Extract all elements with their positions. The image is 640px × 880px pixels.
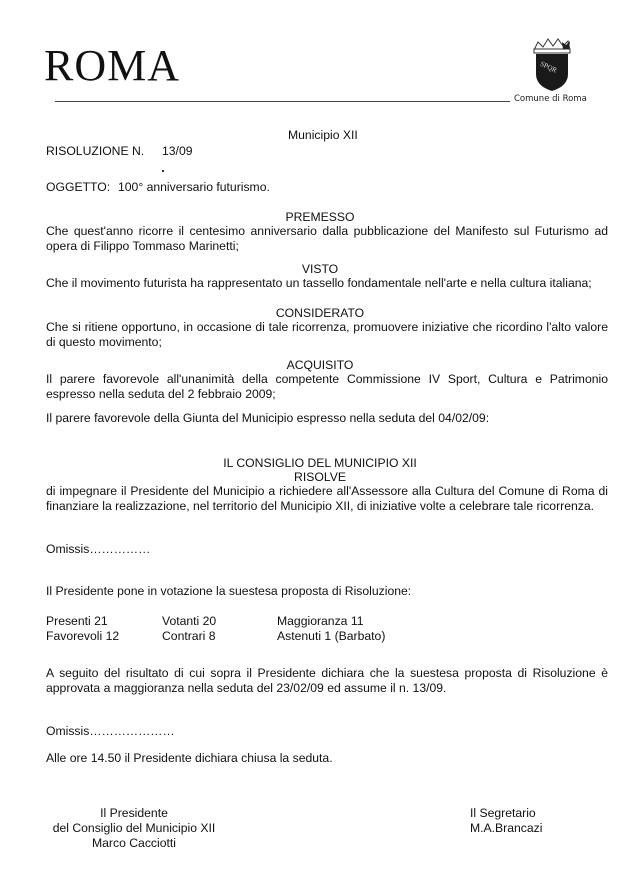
consiglio-heading: IL CONSIGLIO DEL MUNICIPIO XII — [0, 456, 640, 471]
chiusura-text: Alle ore 14.50 il Presidente dichiara ch… — [46, 751, 333, 766]
oggetto-text: 100° anniversario futurismo. — [118, 180, 270, 195]
considerato-text: Che si ritiene opportuno, in occasione d… — [46, 320, 608, 350]
header-rule — [55, 101, 510, 102]
sig-role: del Consiglio del Municipio XII — [34, 821, 234, 836]
omissis-1: Omissis…………… — [46, 542, 150, 557]
acquisito-heading: ACQUISITO — [0, 358, 640, 373]
votes-table: Presenti 21 Votanti 20 Maggioranza 11 Fa… — [46, 614, 446, 644]
esito-text: A seguito del risultato di cui sopra il … — [46, 666, 608, 696]
visto-heading: VISTO — [0, 262, 640, 277]
oggetto-label: OGGETTO: — [46, 180, 110, 195]
sig-name: M.A.Brancazi — [470, 821, 542, 836]
votes-row: Favorevoli 12 Contrari 8 Astenuti 1 (Bar… — [46, 629, 446, 644]
signature-presidente: Il Presidente del Consiglio del Municipi… — [34, 806, 234, 851]
municipio-label: Municipio XII — [288, 128, 358, 143]
acquisito-text: Il parere favorevole all'unanimità della… — [46, 372, 608, 402]
premesso-text: Che quest'anno ricorre il centesimo anni… — [46, 224, 608, 254]
sig-title: Il Presidente — [34, 806, 234, 821]
vote-favorevoli: Favorevoli 12 — [46, 629, 162, 644]
vote-votanti: Votanti 20 — [162, 614, 277, 629]
comune-label: Comune di Roma — [514, 94, 587, 104]
giunta-parere-text: Il parere favorevole della Giunta del Mu… — [46, 411, 608, 426]
omissis-2: Omissis………………… — [46, 724, 175, 739]
premesso-heading: PREMESSO — [0, 210, 640, 225]
vote-astenuti: Astenuti 1 (Barbato) — [277, 629, 385, 644]
vote-maggioranza: Maggioranza 11 — [277, 614, 364, 629]
risoluzione-number: 13/09 — [162, 144, 193, 159]
signature-segretario: Il Segretario M.A.Brancazi — [470, 806, 542, 836]
scan-speck — [162, 170, 164, 172]
sig-title: Il Segretario — [470, 806, 542, 821]
spqr-crest-icon: SPQR — [526, 36, 576, 92]
roma-logo-text: ROMA — [44, 44, 180, 88]
visto-text: Che il movimento futurista ha rappresent… — [46, 276, 608, 291]
sig-name: Marco Cacciotti — [34, 836, 234, 851]
vote-contrari: Contrari 8 — [162, 629, 277, 644]
risoluzione-label: RISOLUZIONE N. — [46, 144, 144, 159]
votazione-intro: Il Presidente pone in votazione la suest… — [46, 584, 411, 599]
risolve-text: di impegnare il Presidente del Municipio… — [46, 484, 608, 514]
vote-presenti: Presenti 21 — [46, 614, 162, 629]
considerato-heading: CONSIDERATO — [0, 306, 640, 321]
votes-row: Presenti 21 Votanti 20 Maggioranza 11 — [46, 614, 446, 629]
risolve-heading: RISOLVE — [0, 470, 640, 485]
